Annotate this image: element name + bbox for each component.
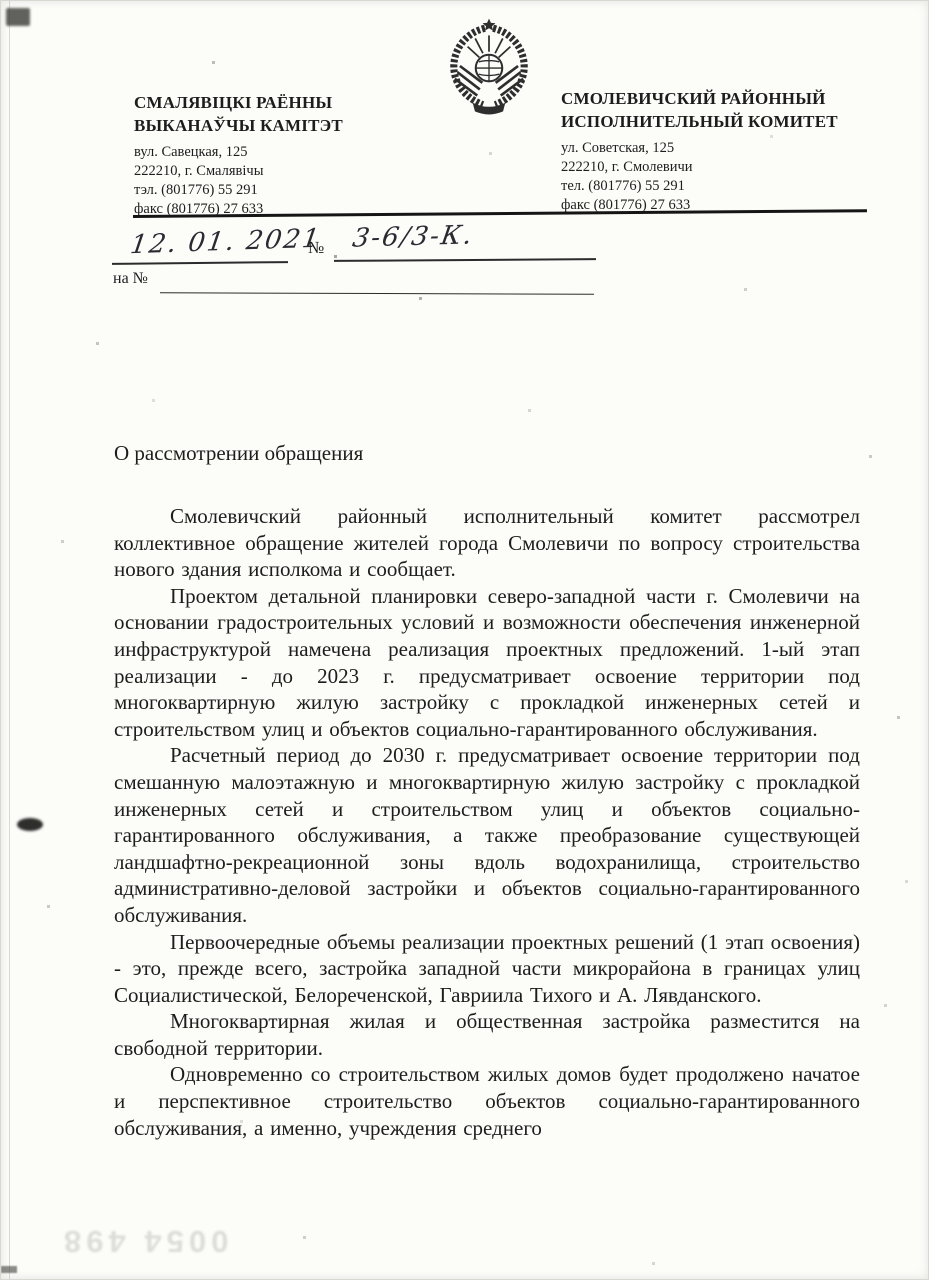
address-line: тел. (801776) 55 291 xyxy=(561,177,693,196)
reply-to-number-label: на № xyxy=(113,270,148,288)
letterhead-right-title-line1: СМОЛЕВИЧСКИЙ РАЙОННЫЙ xyxy=(561,87,838,110)
number-sign-label: № xyxy=(308,238,324,258)
handwritten-outgoing-number: 3-6/3-К. xyxy=(350,220,475,253)
scan-noise-speckles xyxy=(1,1,2,2)
reply-number-underline xyxy=(160,292,594,295)
address-line: 222210, г. Смолевичи xyxy=(561,158,693,177)
address-line: тэл. (801776) 55 291 xyxy=(134,181,263,200)
scan-edge-smudge xyxy=(17,818,43,831)
body-paragraph: Расчетный период до 2030 г. предусматрив… xyxy=(114,742,860,928)
letterhead-right-address: ул. Советская, 125 222210, г. Смолевичи … xyxy=(561,139,693,215)
scan-edge-line xyxy=(9,1,10,1280)
body-paragraph: Проектом детальной планировки северо-зап… xyxy=(114,583,860,743)
scan-bottom-mark xyxy=(1,1266,17,1273)
handwritten-date: 12. 01. 2021 xyxy=(128,224,323,261)
letterhead-left-title: СМАЛЯВІЦКІ РАЁННЫ ВЫКАНАЎЧЫ КАМІТЭТ xyxy=(134,91,343,137)
ghost-stamp-imprint: 0054 498 xyxy=(59,1223,228,1259)
date-underline xyxy=(112,261,288,265)
letter-body: Смолевичский районный исполнительный ком… xyxy=(114,503,860,1141)
number-underline xyxy=(334,258,596,262)
letterhead-right-title-line2: ИСПОЛНИТЕЛЬНЫЙ КОМИТЕТ xyxy=(561,110,838,133)
coat-of-arms-icon xyxy=(438,15,540,117)
body-paragraph: Смолевичский районный исполнительный ком… xyxy=(114,503,860,583)
body-paragraph: Одновременно со строительством жилых дом… xyxy=(114,1061,860,1141)
letterhead-left-title-line2: ВЫКАНАЎЧЫ КАМІТЭТ xyxy=(134,114,343,137)
address-line: 222210, г. Смалявічы xyxy=(134,162,263,181)
scanned-letter-page: 0054 498 СМАЛЯВІЦКІ РАЁННЫ ВЫКАНАЎЧЫ КАМ… xyxy=(0,0,929,1280)
letterhead-right-title: СМОЛЕВИЧСКИЙ РАЙОННЫЙ ИСПОЛНИТЕЛЬНЫЙ КОМ… xyxy=(561,87,838,133)
address-line: ул. Советская, 125 xyxy=(561,139,693,158)
address-line: вул. Савецкая, 125 xyxy=(134,143,263,162)
letterhead-left-address: вул. Савецкая, 125 222210, г. Смалявічы … xyxy=(134,143,263,219)
letterhead-left-title-line1: СМАЛЯВІЦКІ РАЁННЫ xyxy=(134,91,343,114)
body-paragraph: Первоочередные объемы реализации проектн… xyxy=(114,929,860,1009)
letter-subject: О рассмотрении обращения xyxy=(114,441,363,466)
body-paragraph: Многоквартирная жилая и общественная зас… xyxy=(114,1008,860,1061)
